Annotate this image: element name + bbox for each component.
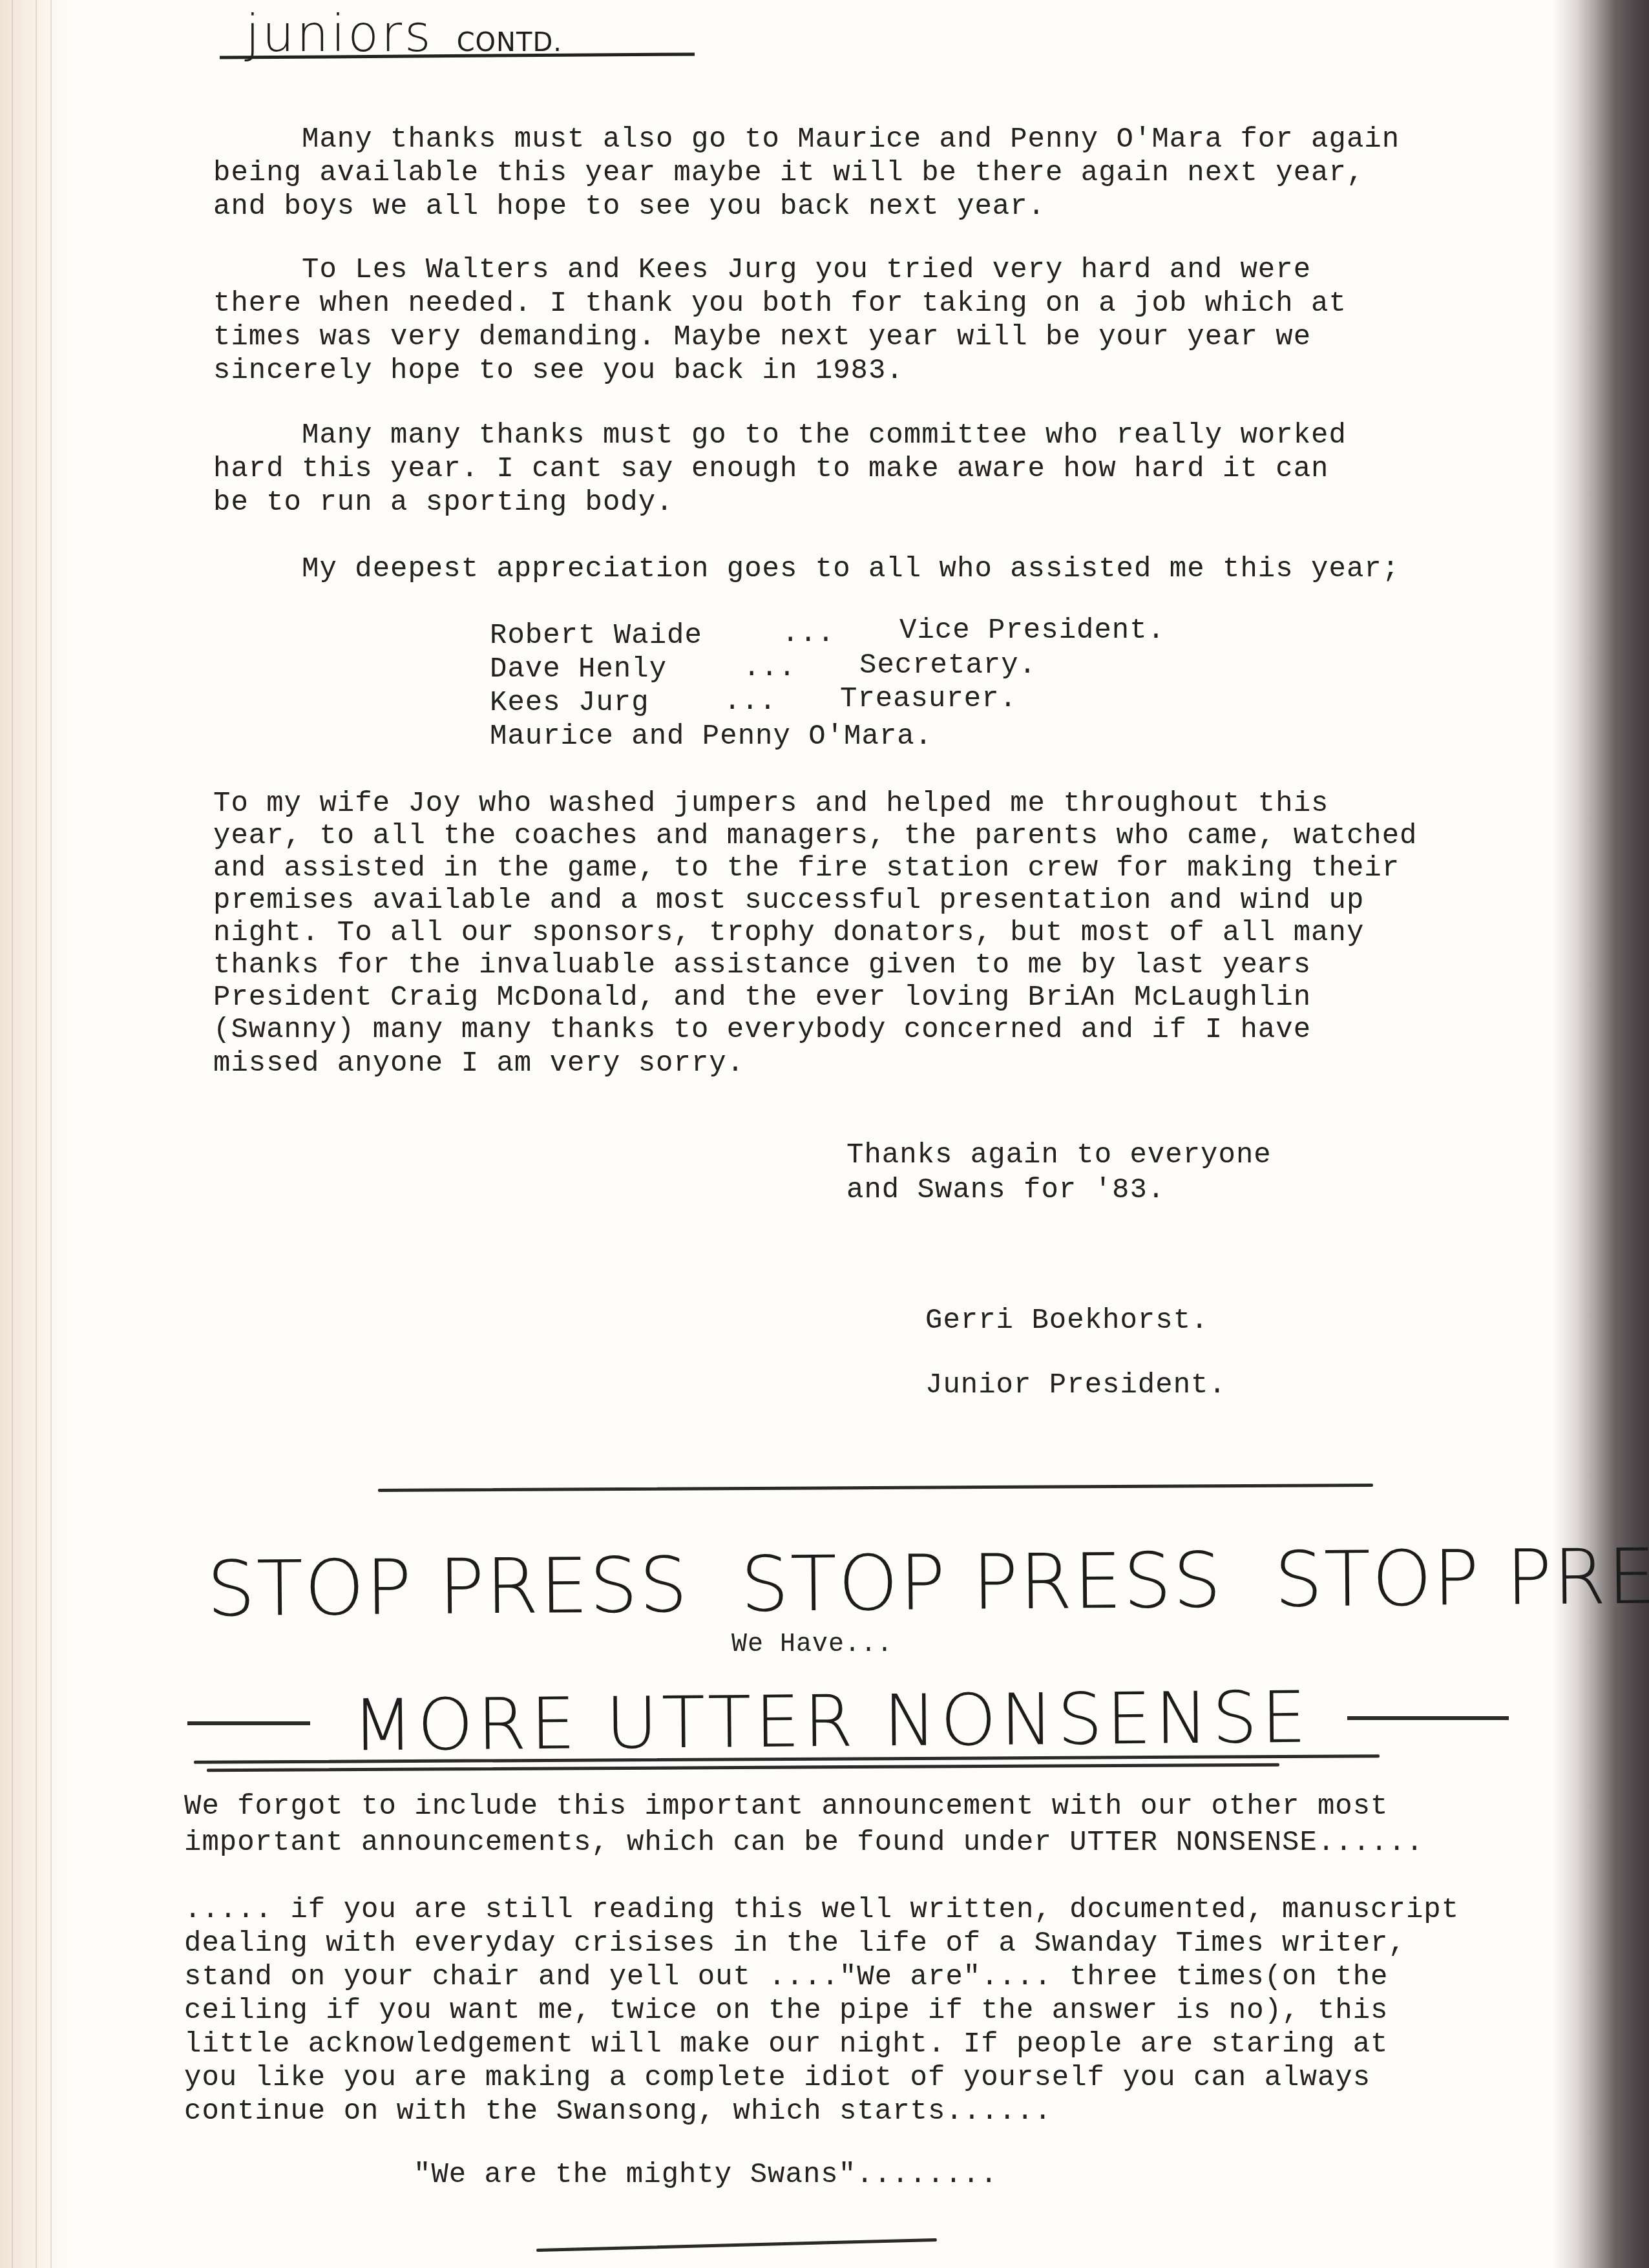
paragraph-5-line-9: missed anyone I am very sorry. — [213, 1047, 744, 1080]
nonsense-body-line-1: ..... if you are still reading this well… — [184, 1893, 1459, 1927]
closing-rule — [536, 2238, 937, 2252]
paragraph-5-line-7: President Craig McDonald, and the ever l… — [213, 981, 1311, 1014]
stop-press-banner: STOP PRESSSTOP PRESSSTOP PRE — [206, 1531, 1649, 1633]
paragraph-1-line-2: being available this year maybe it will … — [213, 156, 1364, 190]
stop-press-text: STOP PRESS — [206, 1540, 689, 1634]
committee-sep: ... — [743, 651, 796, 685]
paragraph-1-line-1: Many thanks must also go to Maurice and … — [213, 123, 1400, 156]
nonsense-body-line-4: ceiling if you want me, twice on the pip… — [184, 1994, 1389, 2028]
stop-press-text: STOP PRESS — [740, 1535, 1223, 1629]
section-divider — [378, 1484, 1373, 1492]
paragraph-2-line-4: sincerely hope to see you back in 1983. — [213, 354, 904, 388]
paragraph-5-line-1: To my wife Joy who washed jumpers and he… — [213, 787, 1329, 821]
committee-member-name: Maurice and Penny O'Mara. — [490, 720, 932, 753]
paragraph-5-line-4: premises available and a most successful… — [213, 884, 1364, 918]
committee-role: Vice President. — [899, 614, 1165, 647]
signature-name: Gerri Boekhorst. — [925, 1304, 1208, 1338]
nonsense-body-line-5: little acknowledgement will make our nig… — [184, 2028, 1389, 2061]
signature-role: Junior President. — [925, 1369, 1226, 1402]
paragraph-5-line-6: thanks for the invaluable assistance giv… — [213, 949, 1311, 982]
paragraph-3-line-1: Many many thanks must go to the committe… — [213, 419, 1347, 452]
paragraph-5-line-2: year, to all the coaches and managers, t… — [213, 819, 1418, 853]
stop-press-text: STOP PRE — [1274, 1532, 1649, 1624]
committee-member-name: Dave Henly — [490, 653, 667, 686]
nonsense-intro-line-1: We forgot to include this important anno… — [184, 1790, 1389, 1823]
closing-line-2: and Swans for '83. — [846, 1173, 1165, 1207]
nonsense-body-line-2: dealing with everyday crisises in the li… — [184, 1927, 1406, 1960]
paragraph-2-line-2: there when needed. I thank you both for … — [213, 287, 1347, 320]
paragraph-2-line-3: times was very demanding. Maybe next yea… — [213, 320, 1311, 354]
committee-member-name: Robert Waide — [490, 619, 702, 653]
committee-role: Secretary. — [859, 649, 1036, 682]
heading-dash-right — [1347, 1716, 1509, 1720]
paragraph-1-line-3: and boys we all hope to see you back nex… — [213, 190, 1045, 224]
paragraph-5-line-8: (Swanny) many many thanks to everybody c… — [213, 1013, 1311, 1047]
page-gutter-shadow — [1552, 0, 1649, 2268]
paragraph-2-line-1: To Les Walters and Kees Jurg you tried v… — [213, 253, 1311, 287]
paragraph-5-line-3: and assisted in the game, to the fire st… — [213, 852, 1400, 885]
nonsense-body-line-6: you like you are making a complete idiot… — [184, 2061, 1371, 2095]
committee-member-name: Kees Jurg — [490, 686, 649, 720]
paragraph-5-line-5: night. To all our sponsors, trophy donat… — [213, 916, 1364, 950]
committee-role: Treasurer. — [840, 682, 1017, 716]
nonsense-body-line-3: stand on your chair and yell out ...."We… — [184, 1960, 1389, 1994]
paragraph-3-line-3: be to run a sporting body. — [213, 486, 674, 520]
committee-sep: ... — [782, 617, 835, 651]
heading-dash-left — [187, 1721, 310, 1725]
page-binding-edge — [0, 0, 78, 2268]
appreciation-line: My deepest appreciation goes to all who … — [213, 552, 1400, 586]
committee-sep: ... — [724, 685, 777, 719]
paragraph-3-line-2: hard this year. I cant say enough to mak… — [213, 452, 1329, 486]
nonsense-body-line-7: continue on with the Swansong, which sta… — [184, 2095, 1052, 2128]
we-have-text: We Have... — [731, 1628, 893, 1662]
swansong-line: "We are the mighty Swans"........ — [414, 2158, 998, 2192]
closing-line-1: Thanks again to everyone — [846, 1139, 1272, 1172]
nonsense-intro-line-2: important announcements, which can be fo… — [184, 1826, 1423, 1860]
nonsense-headline: MORE UTTER NONSENSE — [352, 1676, 1310, 1767]
